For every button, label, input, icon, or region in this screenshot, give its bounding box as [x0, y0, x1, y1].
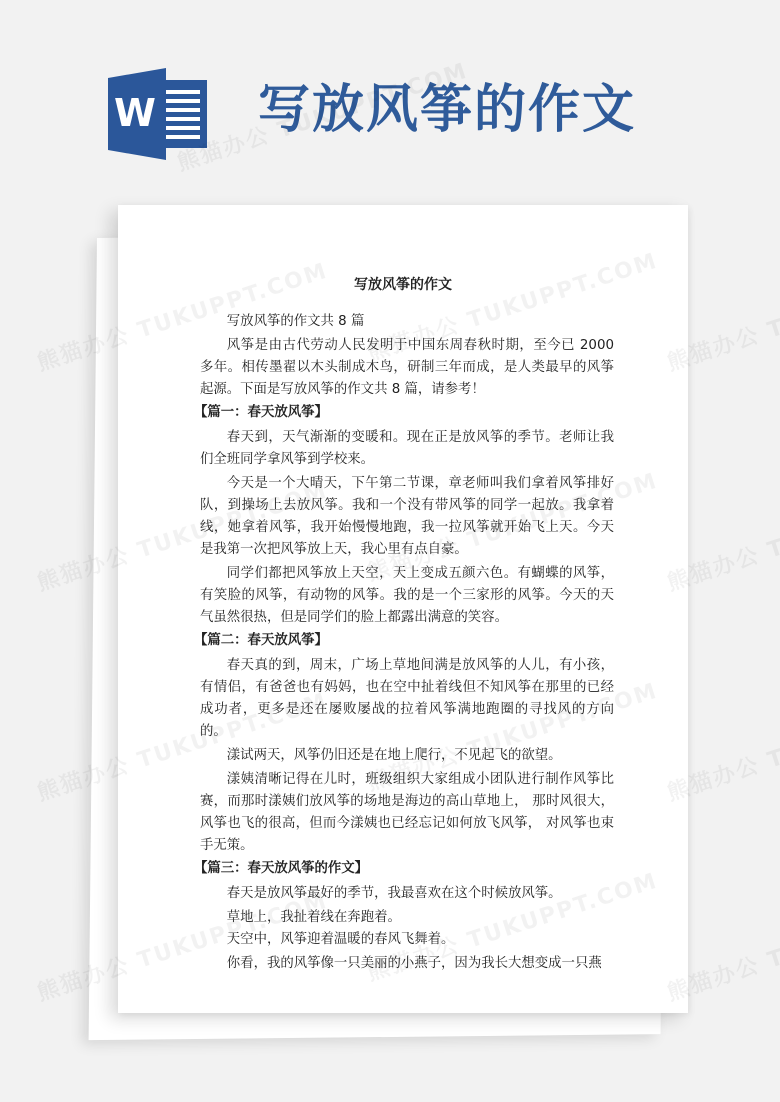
paragraph: 今天是一个大晴天，下午第二节课，章老师叫我们拿着风筝排好队，到操场上去放风筝。我… [200, 473, 614, 561]
section-heading-1: 【篇一：春天放风筝】 [194, 403, 614, 423]
section-heading-3: 【篇三：春天放风筝的作文】 [194, 859, 614, 879]
banner-title: 写放风筝的作文 [258, 78, 636, 142]
paragraph: 同学们都把风筝放上天空，天上变成五颜六色。有蝴蝶的风筝，有笑脸的风筝，有动物的风… [200, 563, 614, 629]
section-heading-2: 【篇二：春天放风筝】 [194, 631, 614, 651]
microsoft-word-icon: W [108, 68, 208, 160]
paragraph-intro: 风筝是由古代劳动人民发明于中国东周春秋时期，至今已 2000 多年。相传墨翟以木… [200, 335, 614, 401]
paragraph: 草地上，我扯着线在奔跑着。 [200, 907, 614, 929]
svg-text:W: W [114, 91, 156, 135]
paragraph: 春天到，天气渐渐的变暖和。现在正是放风筝的季节。老师让我们全班同学拿风筝到学校来… [200, 427, 614, 471]
header-banner: W 写放风筝的作文 [0, 0, 780, 190]
paragraph: 天空中，风筝迎着温暖的春风飞舞着。 [200, 929, 614, 951]
paragraph: 漾姨清晰记得在儿时，班级组织大家组成小团队进行制作风筝比赛，而那时漾姨们放风筝的… [200, 769, 614, 857]
paragraph: 你看，我的风筝像一只美丽的小燕子，因为我长大想变成一只燕 [200, 953, 614, 975]
document-title: 写放风筝的作文 [118, 275, 688, 295]
paragraph: 漾试两天，风筝仍旧还是在地上爬行，不见起飞的欲望。 [200, 745, 614, 767]
document-page: 写放风筝的作文 写放风筝的作文共 8 篇 风筝是由古代劳动人民发明于中国东周春秋… [118, 205, 688, 1013]
paragraph: 春天真的到，周末，广场上草地间满是放风筝的人儿，有小孩，有情侣，有爸爸也有妈妈，… [200, 655, 614, 743]
paragraph: 春天是放风筝最好的季节，我最喜欢在这个时候放风筝。 [200, 883, 614, 905]
paragraph-intro-count: 写放风筝的作文共 8 篇 [200, 311, 614, 333]
document-body: 写放风筝的作文共 8 篇 风筝是由古代劳动人民发明于中国东周春秋时期，至今已 2… [200, 311, 614, 977]
